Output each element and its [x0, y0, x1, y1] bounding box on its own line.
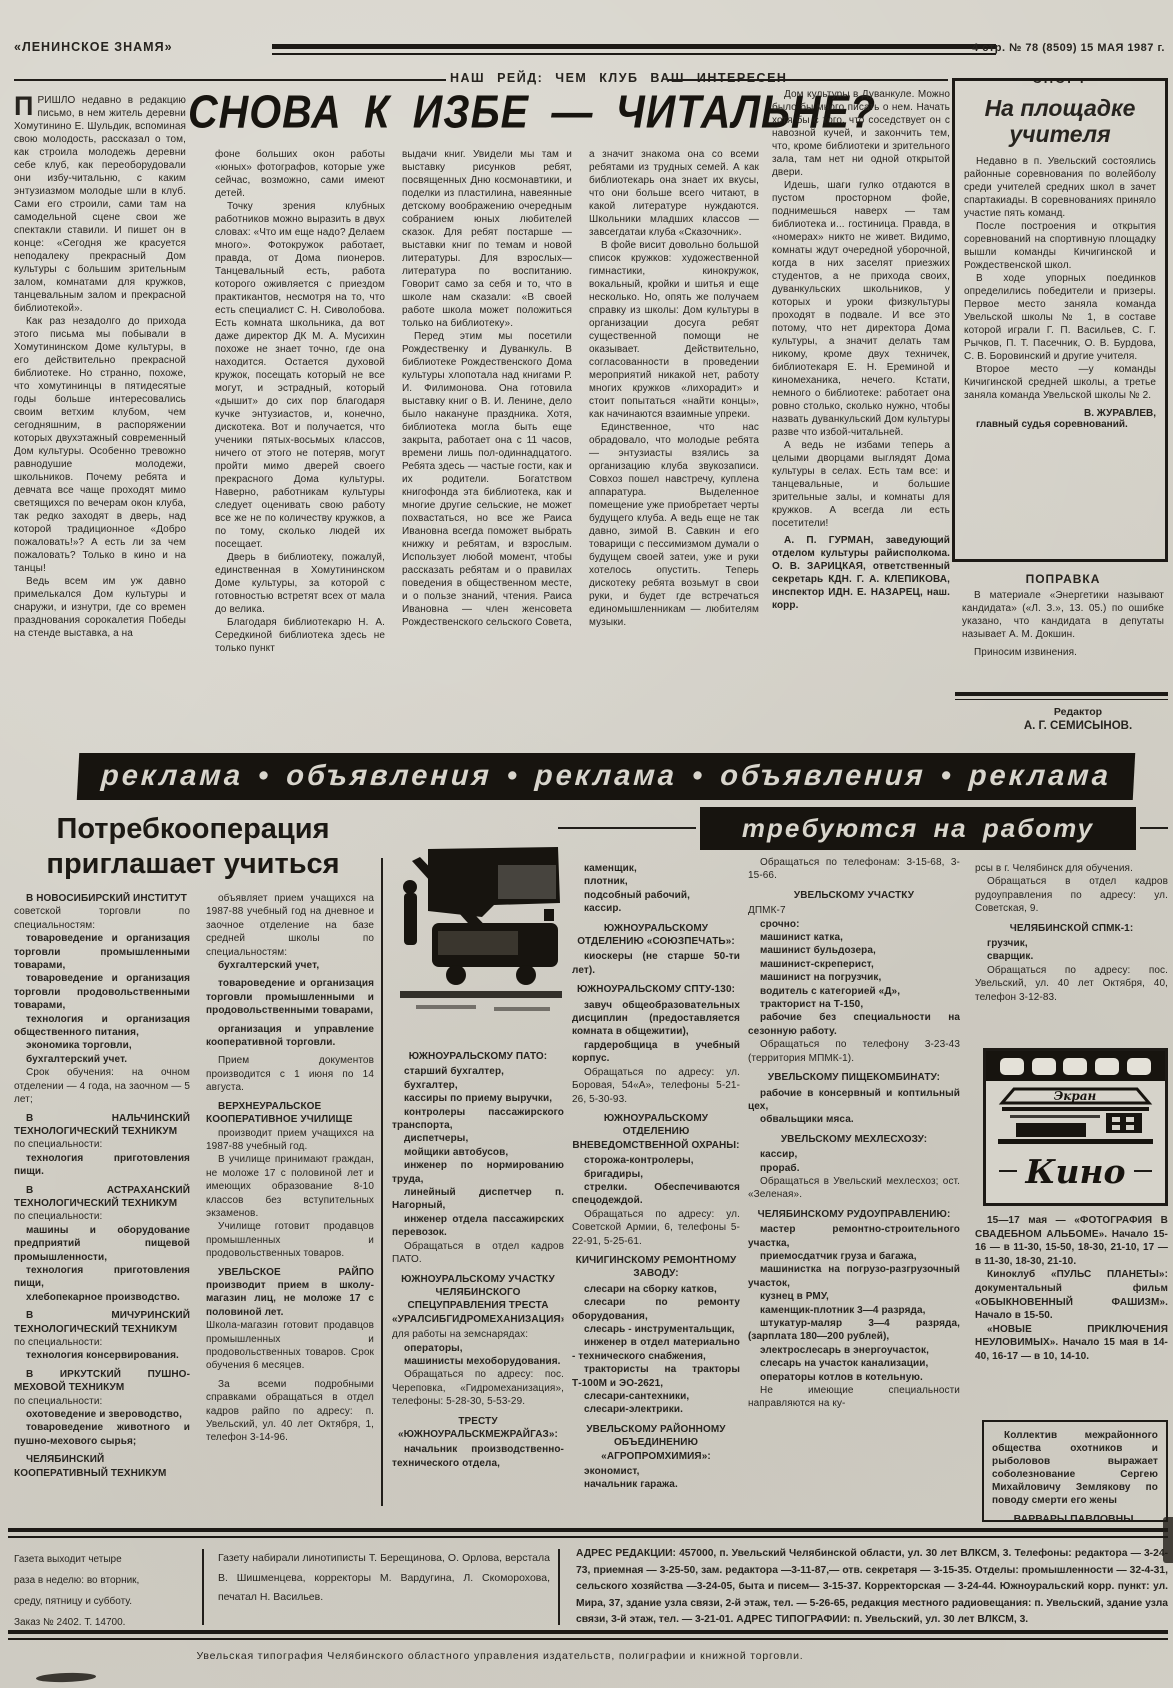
paragraph: производит прием учащихся на 1987-88 уче…: [206, 1127, 374, 1154]
paragraph: Единственное, что нас обрадовало, что мо…: [589, 421, 759, 629]
paragraph: машинисты мехоборудования.: [392, 1355, 564, 1368]
paragraph: электрослесарь в энергоучасток,: [748, 1344, 960, 1357]
study-ad-title-line1: Потребкооперация: [24, 812, 362, 847]
paragraph: технология приготовления пищи.: [14, 1152, 190, 1179]
paragraph: товароведение и организация торговли про…: [14, 972, 190, 1012]
editor-divider: [955, 692, 1168, 700]
paragraph: «НОВЫЕ ПРИКЛЮЧЕНИЯ НЕУЛОВИМЫХ». Начало 1…: [975, 1323, 1168, 1364]
article-column-2: фоне больших окон работы «юных» фотограф…: [215, 148, 385, 749]
paragraph: слесари-электрики.: [572, 1403, 740, 1416]
paragraph: Второе место —у команды Кичигинской сред…: [964, 363, 1156, 402]
paragraph: Дом культуры в Дуванкуле. Можно было бы …: [772, 88, 950, 179]
paragraph: кассир.: [572, 902, 740, 915]
sport-title-line1: На площадке: [964, 95, 1156, 121]
newspaper-page: «ЛЕНИНСКОЕ ЗНАМЯ» 4 стр. № 78 (8509) 15 …: [0, 0, 1173, 1688]
marquee-bulb: [1063, 1058, 1087, 1075]
paragraph: инженер в отдел материально - техническо…: [572, 1336, 740, 1363]
ads-banner: реклама • объявления • реклама • объявле…: [77, 753, 1135, 800]
paragraph: тракторист на Т-150,: [748, 998, 960, 1011]
paragraph: рабочие без специальности на сезонную ра…: [748, 1011, 960, 1038]
newspaper-title: «ЛЕНИНСКОЕ ЗНАМЯ»: [14, 40, 173, 54]
paragraph: среду, пятницу и субботу.: [14, 1591, 194, 1612]
paragraph: по специальности:: [14, 1395, 190, 1408]
paragraph: В АСТРАХАНСКИЙ ТЕХНОЛОГИЧЕСКИЙ ТЕХНИКУМ: [14, 1184, 190, 1211]
jobs-banner-rule-right: [1140, 827, 1168, 829]
paragraph: Школа-магазин готовит продавцов промышле…: [206, 1319, 374, 1373]
kicker-rule-right: [668, 79, 948, 81]
paragraph: Обращаться по адресу: ул. Советской Арми…: [572, 1208, 740, 1248]
jobs-banner: требуются на работу: [700, 807, 1136, 850]
cinema-listings: 15—17 мая — «ФОТОГРАФИЯ В СВАДЕБНОМ АЛЬБ…: [975, 1214, 1168, 1414]
paragraph: Идешь, шаги гулко отдаются в пустом прос…: [772, 179, 950, 439]
jobs-banner-rule-left: [558, 827, 696, 829]
paragraph: В училище принимают граждан, не моложе 1…: [206, 1153, 374, 1220]
kicker: НАШ РЕЙД: ЧЕМ КЛУБ ВАШ ИНТЕРЕСЕН: [450, 71, 787, 85]
paragraph: начальник гаража.: [572, 1478, 740, 1491]
paragraph: инженер отдела пассажирских перевозок.: [392, 1213, 564, 1240]
paragraph: трактористы на тракторы Т-100М и ЭО-2621…: [572, 1363, 740, 1390]
paragraph: бухгалтерский учет.: [14, 1053, 190, 1066]
sport-signature: В. ЖУРАВЛЕВ,: [964, 408, 1156, 419]
paragraph: Обращаться по адресу: ул. Боровая, 54«А»…: [572, 1066, 740, 1106]
paragraph: Училище готовит продавцов промышленных и…: [206, 1220, 374, 1260]
main-headline: СНОВА К ИЗБЕ — ЧИТАЛЬНЕ?: [188, 86, 794, 139]
paragraph: сторожа-контролеры,: [572, 1154, 740, 1167]
paragraph: плотник,: [572, 875, 740, 888]
imprint-line: Увельская типография Челябинского област…: [120, 1650, 880, 1662]
article-column-3: выдачи книг. Увидели мы там и выставку р…: [402, 148, 572, 749]
study-ad-column-2: объявляет прием учащихся на 1987-88 учеб…: [206, 892, 374, 1505]
svg-text:Экран: Экран: [1054, 1089, 1097, 1103]
paragraph: ЮЖНОУРАЛЬСКОМУ ОТДЕЛЕНИЮ «СОЮЗПЕЧАТЬ»:: [572, 922, 740, 949]
paragraph: по специальности:: [14, 1138, 190, 1151]
paragraph: УВЕЛЬСКОЕ РАЙПО производит прием в школу…: [206, 1266, 374, 1320]
paragraph: организация и управление кооперативной т…: [206, 1023, 374, 1050]
cinema-label-text: Кино: [1025, 1152, 1125, 1191]
paragraph: завуч общеобразовательных дисциплин (пре…: [572, 999, 740, 1039]
footer-divider-top: [8, 1528, 1168, 1538]
sport-rubric-label: СПОРТ: [1022, 78, 1097, 86]
jobs-column-3: Обращаться по телефонам: 3-15-68, 3-15-6…: [748, 856, 960, 1505]
paragraph: Обращаться в отдел кадров ПАТО.: [392, 1240, 564, 1267]
cinema-label: Кино: [986, 1145, 1165, 1197]
cinema-label-rule: [1134, 1170, 1152, 1172]
paragraph: машинист-скреперист,: [748, 958, 960, 971]
paragraph: стрелки. Обеспечиваются спецодеждой.: [572, 1181, 740, 1208]
study-ad-column-1: В НОВОСИБИРСКИЙ ИНСТИТУТсоветской торгов…: [14, 892, 190, 1505]
paragraph: товароведение животного и пушно-мехового…: [14, 1421, 190, 1448]
paragraph: ЮЖНОУРАЛЬСКОМУ УЧАСТКУ ЧЕЛЯБИНСКОГО СПЕЦ…: [392, 1273, 564, 1327]
paragraph: по специальности:: [14, 1336, 190, 1349]
column-divider: [381, 858, 383, 1506]
footer-staff-block: Газету набирали линотиписты Т. Берещинов…: [218, 1549, 550, 1608]
article-column-4: а значит знакома она со всеми ребятами и…: [589, 148, 759, 749]
paragraph: В НОВОСИБИРСКИЙ ИНСТИТУТ: [14, 892, 190, 905]
paragraph: технология консервирования.: [14, 1349, 190, 1362]
paragraph: машинистка на погрузо-разгрузочный участ…: [748, 1263, 960, 1290]
correction-title: ПОПРАВКА: [962, 572, 1164, 586]
paragraph: ЮЖНОУРАЛЬСКОМУ ПАТО:: [392, 1050, 564, 1063]
paragraph: ЧЕЛЯБИНСКОЙ СПМК-1:: [975, 922, 1168, 935]
paragraph: За всеми подробными справками обращаться…: [206, 1378, 374, 1445]
paragraph: слесари-сантехники,: [572, 1390, 740, 1403]
paragraph: Обращаться в Увельский мехлесхоз; ост. «…: [748, 1175, 960, 1202]
paragraph: В ходе упорных поединков определились по…: [964, 272, 1156, 363]
paragraph: Недавно в п. Увельский состоялись районн…: [964, 155, 1156, 220]
paragraph: Точку зрения клубных работников можно вы…: [215, 200, 385, 551]
paragraph: кассир,: [748, 1148, 960, 1161]
paragraph: В фойе висит довольно большой список кру…: [589, 239, 759, 421]
paragraph: УВЕЛЬСКОМУ РАЙОННОМУ ОБЪЕДИНЕНИЮ «АГРОПР…: [572, 1423, 740, 1463]
sport-article-body: Недавно в п. Увельский состоялись районн…: [964, 155, 1156, 402]
paragraph: А ведь не избами теперь а целыми дворцам…: [772, 439, 950, 530]
paragraph: Обращаться по телефону 3-23-43 (территор…: [748, 1038, 960, 1065]
cinema-facade-illustration: Экран: [986, 1081, 1165, 1145]
paragraph: старший бухгалтер,: [392, 1065, 564, 1078]
masthead-divider: [272, 44, 996, 55]
paragraph: 15—17 мая — «ФОТОГРАФИЯ В СВАДЕБНОМ АЛЬБ…: [975, 1214, 1168, 1268]
paragraph: машинист на погрузчик,: [748, 971, 960, 984]
paragraph: обвальщики мяса.: [748, 1113, 960, 1126]
paragraph: по специальности:: [14, 1210, 190, 1223]
correction-notice: ПОПРАВКА В материале «Энергетики называю…: [962, 572, 1164, 659]
paragraph: После построения и открытия соревнований…: [964, 220, 1156, 272]
obituary-box: Коллектив межрайонного общества охотнико…: [982, 1420, 1168, 1522]
marquee-bulb: [1095, 1058, 1119, 1075]
paragraph: операторы котлов в котельную.: [748, 1371, 960, 1384]
paragraph: грузчик,: [975, 937, 1168, 950]
paragraph: советской торговли по специальностям:: [14, 905, 190, 932]
paragraph: Киноклуб «ПУЛЬС ПЛАНЕТЫ»: документальный…: [975, 1268, 1168, 1322]
paragraph: каменщик-плотник 3—4 разряда,: [748, 1304, 960, 1317]
paragraph: В материале «Энергетики называют кандида…: [962, 589, 1164, 641]
marquee-bulb: [1127, 1058, 1151, 1075]
cinema-box: Экран Кино: [983, 1048, 1168, 1206]
paragraph: товароведение и организация торговли про…: [14, 932, 190, 972]
paragraph: слесарь - инструментальщик,: [572, 1323, 740, 1336]
paragraph: технология приготовления пищи,: [14, 1264, 190, 1291]
paragraph: мастер ремонтно-строительного участка,: [748, 1223, 960, 1250]
paragraph: В ИРКУТСКИЙ ПУШНО-МЕХОВОЙ ТЕХНИКУМ: [14, 1368, 190, 1395]
obituary-text: Коллектив межрайонного общества охотнико…: [992, 1429, 1158, 1507]
article-column-1: ПРИШЛО недавно в редакцию письмо, в нем …: [14, 94, 186, 750]
editor-block: Редактор А. Г. СЕМИСЫНОВ.: [988, 706, 1168, 732]
paragraph: ДПМК-7: [748, 904, 960, 917]
editor-name: А. Г. СЕМИСЫНОВ.: [988, 720, 1168, 732]
paragraph: Дверь в библиотеку, пожалуй, единственна…: [215, 551, 385, 616]
article-column-5: Дом культуры в Дуванкуле. Можно было бы …: [772, 88, 950, 749]
paragraph: объявляет прием учащихся на 1987-88 учеб…: [206, 892, 374, 959]
sport-box: СПОРТ На площадке учителя Недавно в п. У…: [952, 78, 1168, 562]
loading-truck-illustration: [398, 845, 566, 1038]
paragraph: прораб.: [748, 1162, 960, 1175]
paragraph: Обращаться в отдел кадров рудоуправления…: [975, 875, 1168, 915]
jobs-column-4: рсы в г. Челябинск для обучения.Обращать…: [975, 862, 1168, 1044]
paragraph: каменщик,: [572, 862, 740, 875]
paragraph: бухгалтерский учет,: [206, 959, 374, 972]
paragraph: срочно:: [748, 918, 960, 931]
paragraph: ЮЖНОУРАЛЬСКОМУ СПТУ-130:: [572, 983, 740, 996]
paragraph: Прием документов производится с 1 июня п…: [206, 1054, 374, 1094]
sport-article-title: На площадке учителя: [964, 95, 1156, 147]
paragraph: УВЕЛЬСКОМУ ПИЩЕКОМБИНАТУ:: [748, 1071, 960, 1084]
paragraph: гардеробщица в учебный корпус.: [572, 1039, 740, 1066]
footer-bar-1: [202, 1549, 204, 1625]
paragraph: хлебопекарное производство.: [14, 1291, 190, 1304]
paragraph: рабочие в консервный и коптильный цех,: [748, 1087, 960, 1114]
paragraph: ЮЖНОУРАЛЬСКОМУ ОТДЕЛЕНИЮ ВНЕВЕДОМСТВЕННО…: [572, 1112, 740, 1152]
kicker-rule-left: [14, 79, 446, 81]
paragraph: экономист,: [572, 1465, 740, 1478]
paragraph: киоскеры (не старше 50-ти лет).: [572, 950, 740, 977]
scan-artifact: [36, 1672, 96, 1683]
paragraph: Срок обучения: на очном отделении — 4 го…: [14, 1066, 190, 1106]
lead-paragraph: ПРИШЛО недавно в редакцию письмо, в нем …: [14, 94, 186, 315]
paragraph: Не имеющие специальности направляются на…: [748, 1384, 960, 1411]
paragraph: Ведь всем им уж давно примелькался Дом к…: [14, 575, 186, 640]
paragraph: слесари по ремонту оборудования,: [572, 1296, 740, 1323]
paragraph: охотоведение и звероводство,: [14, 1408, 190, 1421]
marquee-bulb: [1000, 1058, 1024, 1075]
drop-cap: П: [14, 94, 38, 119]
footer-address-block: АДРЕС РЕДАКЦИИ: 457000, п. Увельский Чел…: [576, 1546, 1168, 1629]
paragraph: а значит знакома она со всеми ребятами и…: [589, 148, 759, 239]
paragraph: раза в неделю: во вторник,: [14, 1570, 194, 1591]
paragraph: технология и организация общественного п…: [14, 1013, 190, 1040]
sport-title-line2: учителя: [964, 121, 1156, 147]
paragraph: машинист бульдозера,: [748, 944, 960, 957]
editor-label: Редактор: [988, 706, 1168, 718]
paragraph: В МИЧУРИНСКИЙ ТЕХНОЛОГИЧЕСКИЙ ТЕХНИКУМ: [14, 1309, 190, 1336]
column-paragraphs: Как раз незадолго до прихода этого письм…: [14, 315, 186, 640]
paragraph: машинист катка,: [748, 931, 960, 944]
paragraph: Обращаться по адресу: пос. Череповка, «Г…: [392, 1368, 564, 1408]
paragraph: операторы,: [392, 1342, 564, 1355]
paragraph: ЧЕЛЯБИНСКОМУ РУДОУПРАВЛЕНИЮ:: [748, 1208, 960, 1221]
paragraph: штукатур-маляр 3—4 разряда, (зарплата 18…: [748, 1317, 960, 1344]
paragraph: Благодаря библиотекарю Н. А. Середкиной …: [215, 616, 385, 655]
paragraph: Газета выходит четыре: [14, 1549, 194, 1570]
paragraph: ВЕРХНЕУРАЛЬСКОЕ КООПЕРАТИВНОЕ УЧИЛИЩЕ: [206, 1100, 374, 1127]
paragraph: мойщики автобусов,: [392, 1146, 564, 1159]
paragraph: фоне больших окон работы «юных» фотограф…: [215, 148, 385, 200]
obituary-name: ВАРВАРЫ ПАВЛОВНЫ.: [992, 1513, 1158, 1522]
paragraph: ТРЕСТУ «ЮЖНОУРАЛЬСКМЕЖРАЙГАЗ»:: [392, 1415, 564, 1442]
marquee-bulb: [1032, 1058, 1056, 1075]
lead-text: РИШЛО недавно в редакцию письмо, в нем ж…: [14, 95, 186, 314]
paragraph: начальник производственно-технического о…: [392, 1443, 564, 1470]
paragraph: бухгалтер,: [392, 1079, 564, 1092]
paragraph: Обращаться по адресу: пос. Увельский, ул…: [975, 964, 1168, 1004]
study-ad-title: Потребкооперация приглашает учиться: [24, 812, 362, 882]
paragraph: машины и оборудование предприятий пищево…: [14, 1224, 190, 1264]
paragraph: Приносим извинения.: [962, 646, 1164, 659]
footer-bar-2: [558, 1549, 560, 1625]
paragraph: водитель с категорией «Д»,: [748, 985, 960, 998]
sport-signature-role: главный судья соревнований.: [964, 419, 1156, 430]
paragraph: бригадиры,: [572, 1168, 740, 1181]
footer-divider-bottom: [8, 1630, 1168, 1640]
jobs-column-1: ЮЖНОУРАЛЬСКОМУ ПАТО:старший бухгалтер,бу…: [392, 1044, 564, 1505]
scan-artifact: [1163, 1517, 1173, 1563]
cinema-label-rule: [999, 1170, 1017, 1172]
paragraph: для работы на земснарядах:: [392, 1328, 564, 1341]
paragraph: УВЕЛЬСКОМУ УЧАСТКУ: [748, 889, 960, 902]
paragraph: кассиры по приему выручки,: [392, 1092, 564, 1105]
cinema-marquee-illustration: [986, 1051, 1165, 1081]
paragraph: линейный диспетчер п. Нагорный,: [392, 1186, 564, 1213]
paragraph: рсы в г. Челябинск для обучения.: [975, 862, 1168, 875]
paragraph: экономика торговли,: [14, 1039, 190, 1052]
issue-info: 4 стр. № 78 (8509) 15 МАЯ 1987 г.: [972, 42, 1165, 54]
paragraph: Перед этим мы посетили Рождественку и Ду…: [402, 330, 572, 629]
paragraph: Обращаться по телефонам: 3-15-68, 3-15-6…: [748, 856, 960, 883]
correction-body: В материале «Энергетики называют кандида…: [962, 589, 1164, 659]
paragraph: приемосдатчик груза и багажа,: [748, 1250, 960, 1263]
paragraph: КИЧИГИНСКОМУ РЕМОНТНОМУ ЗАВОДУ:: [572, 1254, 740, 1281]
study-ad-title-line2: приглашает учиться: [24, 847, 362, 882]
paragraph: контролеры пассажирского транспорта,: [392, 1106, 564, 1133]
paragraph: ЧЕЛЯБИНСКИЙ КООПЕРАТИВНЫЙ ТЕХНИКУМ: [14, 1453, 190, 1480]
footer-schedule-block: Газета выходит четырераза в неделю: во в…: [14, 1549, 194, 1633]
paragraph: диспетчеры,: [392, 1132, 564, 1145]
paragraph: выдачи книг. Увидели мы там и выставку р…: [402, 148, 572, 330]
paragraph: слесари на сборку катков,: [572, 1283, 740, 1296]
paragraph: Как раз незадолго до прихода этого письм…: [14, 315, 186, 575]
paragraph: слесарь на участок канализации,: [748, 1357, 960, 1370]
paragraph: кузнец в РМУ,: [748, 1290, 960, 1303]
paragraph: А. П. ГУРМАН, заведующий отделом культур…: [772, 534, 950, 612]
paragraph: В НАЛЬЧИНСКИЙ ТЕХНОЛОГИЧЕСКИЙ ТЕХНИКУМ: [14, 1112, 190, 1139]
paragraph: товароведение и организация торговли про…: [206, 977, 374, 1017]
paragraph: подсобный рабочий,: [572, 889, 740, 902]
paragraph: инженер по нормированию труда,: [392, 1159, 564, 1186]
paragraph: сварщик.: [975, 950, 1168, 963]
paragraph: УВЕЛЬСКОМУ МЕХЛЕСХОЗУ:: [748, 1133, 960, 1146]
jobs-column-2: каменщик,плотник,подсобный рабочий,касси…: [572, 862, 740, 1505]
